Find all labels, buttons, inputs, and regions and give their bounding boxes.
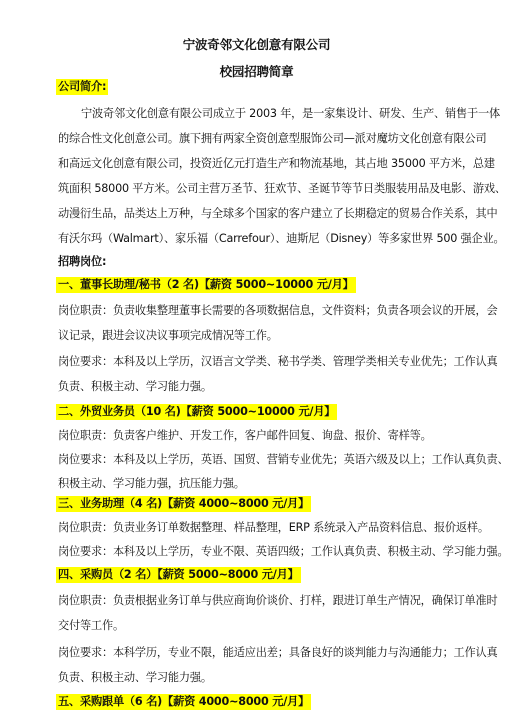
position-duty: 议记录，跟进会议决议事项完成情况等工作。 (58, 328, 278, 344)
position-requirement: 岗位要求：本科及以上学历，汉语言文学类、秘书学类、管理学类相关专业优先；工作认真 (58, 354, 498, 370)
intro-heading-text: 公司简介: (56, 79, 108, 95)
document-title: 宁波奇邻文化创意有限公司 (0, 37, 513, 53)
position-requirement: 积极主动、学习能力强，抗压能力强。 (58, 476, 245, 492)
position-duty: 岗位职责：负责根据业务订单与供应商询价谈价、打样，跟进订单生产情况，确保订单准时 (58, 593, 498, 609)
position-heading: 一、董事长助理/秘书（2 名)【薪资 5000~10000 元/月】 (58, 277, 356, 293)
intro-line: 宁波奇邻文化创意有限公司成立于 2003 年，是一家集设计、研发、生产、销售于一… (81, 106, 500, 122)
position-heading: 三、业务助理（4 名)【薪资 4000~8000 元/月】 (58, 496, 311, 512)
position-heading-text: 三、业务助理（4 名)【薪资 4000~8000 元/月】 (56, 496, 311, 512)
position-heading-text: 二、外贸业务员（10 名)【薪资 5000~10000 元/月】 (56, 404, 337, 420)
document-subtitle: 校园招聘简章 (0, 64, 513, 80)
position-heading-text: 五、采购跟单（6 名)【薪资 4000~8000 元/月】 (56, 694, 311, 710)
position-duty: 岗位职责：负责收集整理董事长需要的各项数据信息，文件资料；负责各项会议的开展，会 (58, 303, 498, 319)
position-requirement: 岗位要求：本科及以上学历，专业不限、英语四级；工作认真负责、积极主动、学习能力强… (58, 544, 509, 560)
position-requirement: 岗位要求：本科学历，专业不限，能适应出差；具备良好的谈判能力与沟通能力；工作认真 (58, 645, 498, 661)
position-duty: 岗位职责：负责业务订单数据整理、样品整理，ERP 系统录入产品资料信息、报价返样… (58, 520, 489, 536)
intro-line: 和高远文化创意有限公司，投资近亿元打造生产和物流基地，其占地 35000 平方米… (58, 156, 495, 172)
intro-heading: 公司简介: (58, 79, 108, 95)
position-requirement: 岗位要求：本科及以上学历，英语、国贸、营销专业优先；英语六级及以上；工作认真负责… (58, 452, 509, 468)
intro-line: 筑面积 58000 平方米。公司主营万圣节、狂欢节、圣诞节等节日类服装用品及电影… (58, 181, 506, 197)
positions-heading: 招聘岗位: (58, 254, 106, 270)
position-heading: 二、外贸业务员（10 名)【薪资 5000~10000 元/月】 (58, 404, 337, 420)
position-heading: 四、采购员（2 名）【薪资 5000~8000 元/月】 (58, 567, 301, 583)
position-requirement: 负责、积极主动、学习能力强。 (58, 379, 212, 395)
position-requirement: 负责、积极主动、学习能力强。 (58, 670, 212, 686)
position-heading-text: 四、采购员（2 名）【薪资 5000~8000 元/月】 (56, 567, 301, 583)
position-heading-text: 一、董事长助理/秘书（2 名)【薪资 5000~10000 元/月】 (56, 277, 356, 293)
position-duty: 岗位职责：负责客户维护、开发工作，客户邮件回复、询盘、报价、寄样等。 (58, 428, 432, 444)
position-duty: 交付等工作。 (58, 618, 124, 634)
position-heading: 五、采购跟单（6 名)【薪资 4000~8000 元/月】 (58, 694, 311, 710)
intro-line: 有沃尔玛（Walmart）、家乐福（Carrefour）、迪斯尼（Disney）… (58, 231, 505, 247)
document-page: 宁波奇邻文化创意有限公司 校园招聘简章 公司简介: 宁波奇邻文化创意有限公司成立… (0, 0, 513, 720)
intro-line: 动漫衍生品，品类达上万种，与全球多个国家的客户建立了长期稳定的贸易合作关系，其中 (58, 206, 498, 222)
intro-line: 的综合性文化创意公司。旗下拥有两家全资创意型服饰公司—派对魔坊文化创意有限公司 (58, 131, 487, 147)
